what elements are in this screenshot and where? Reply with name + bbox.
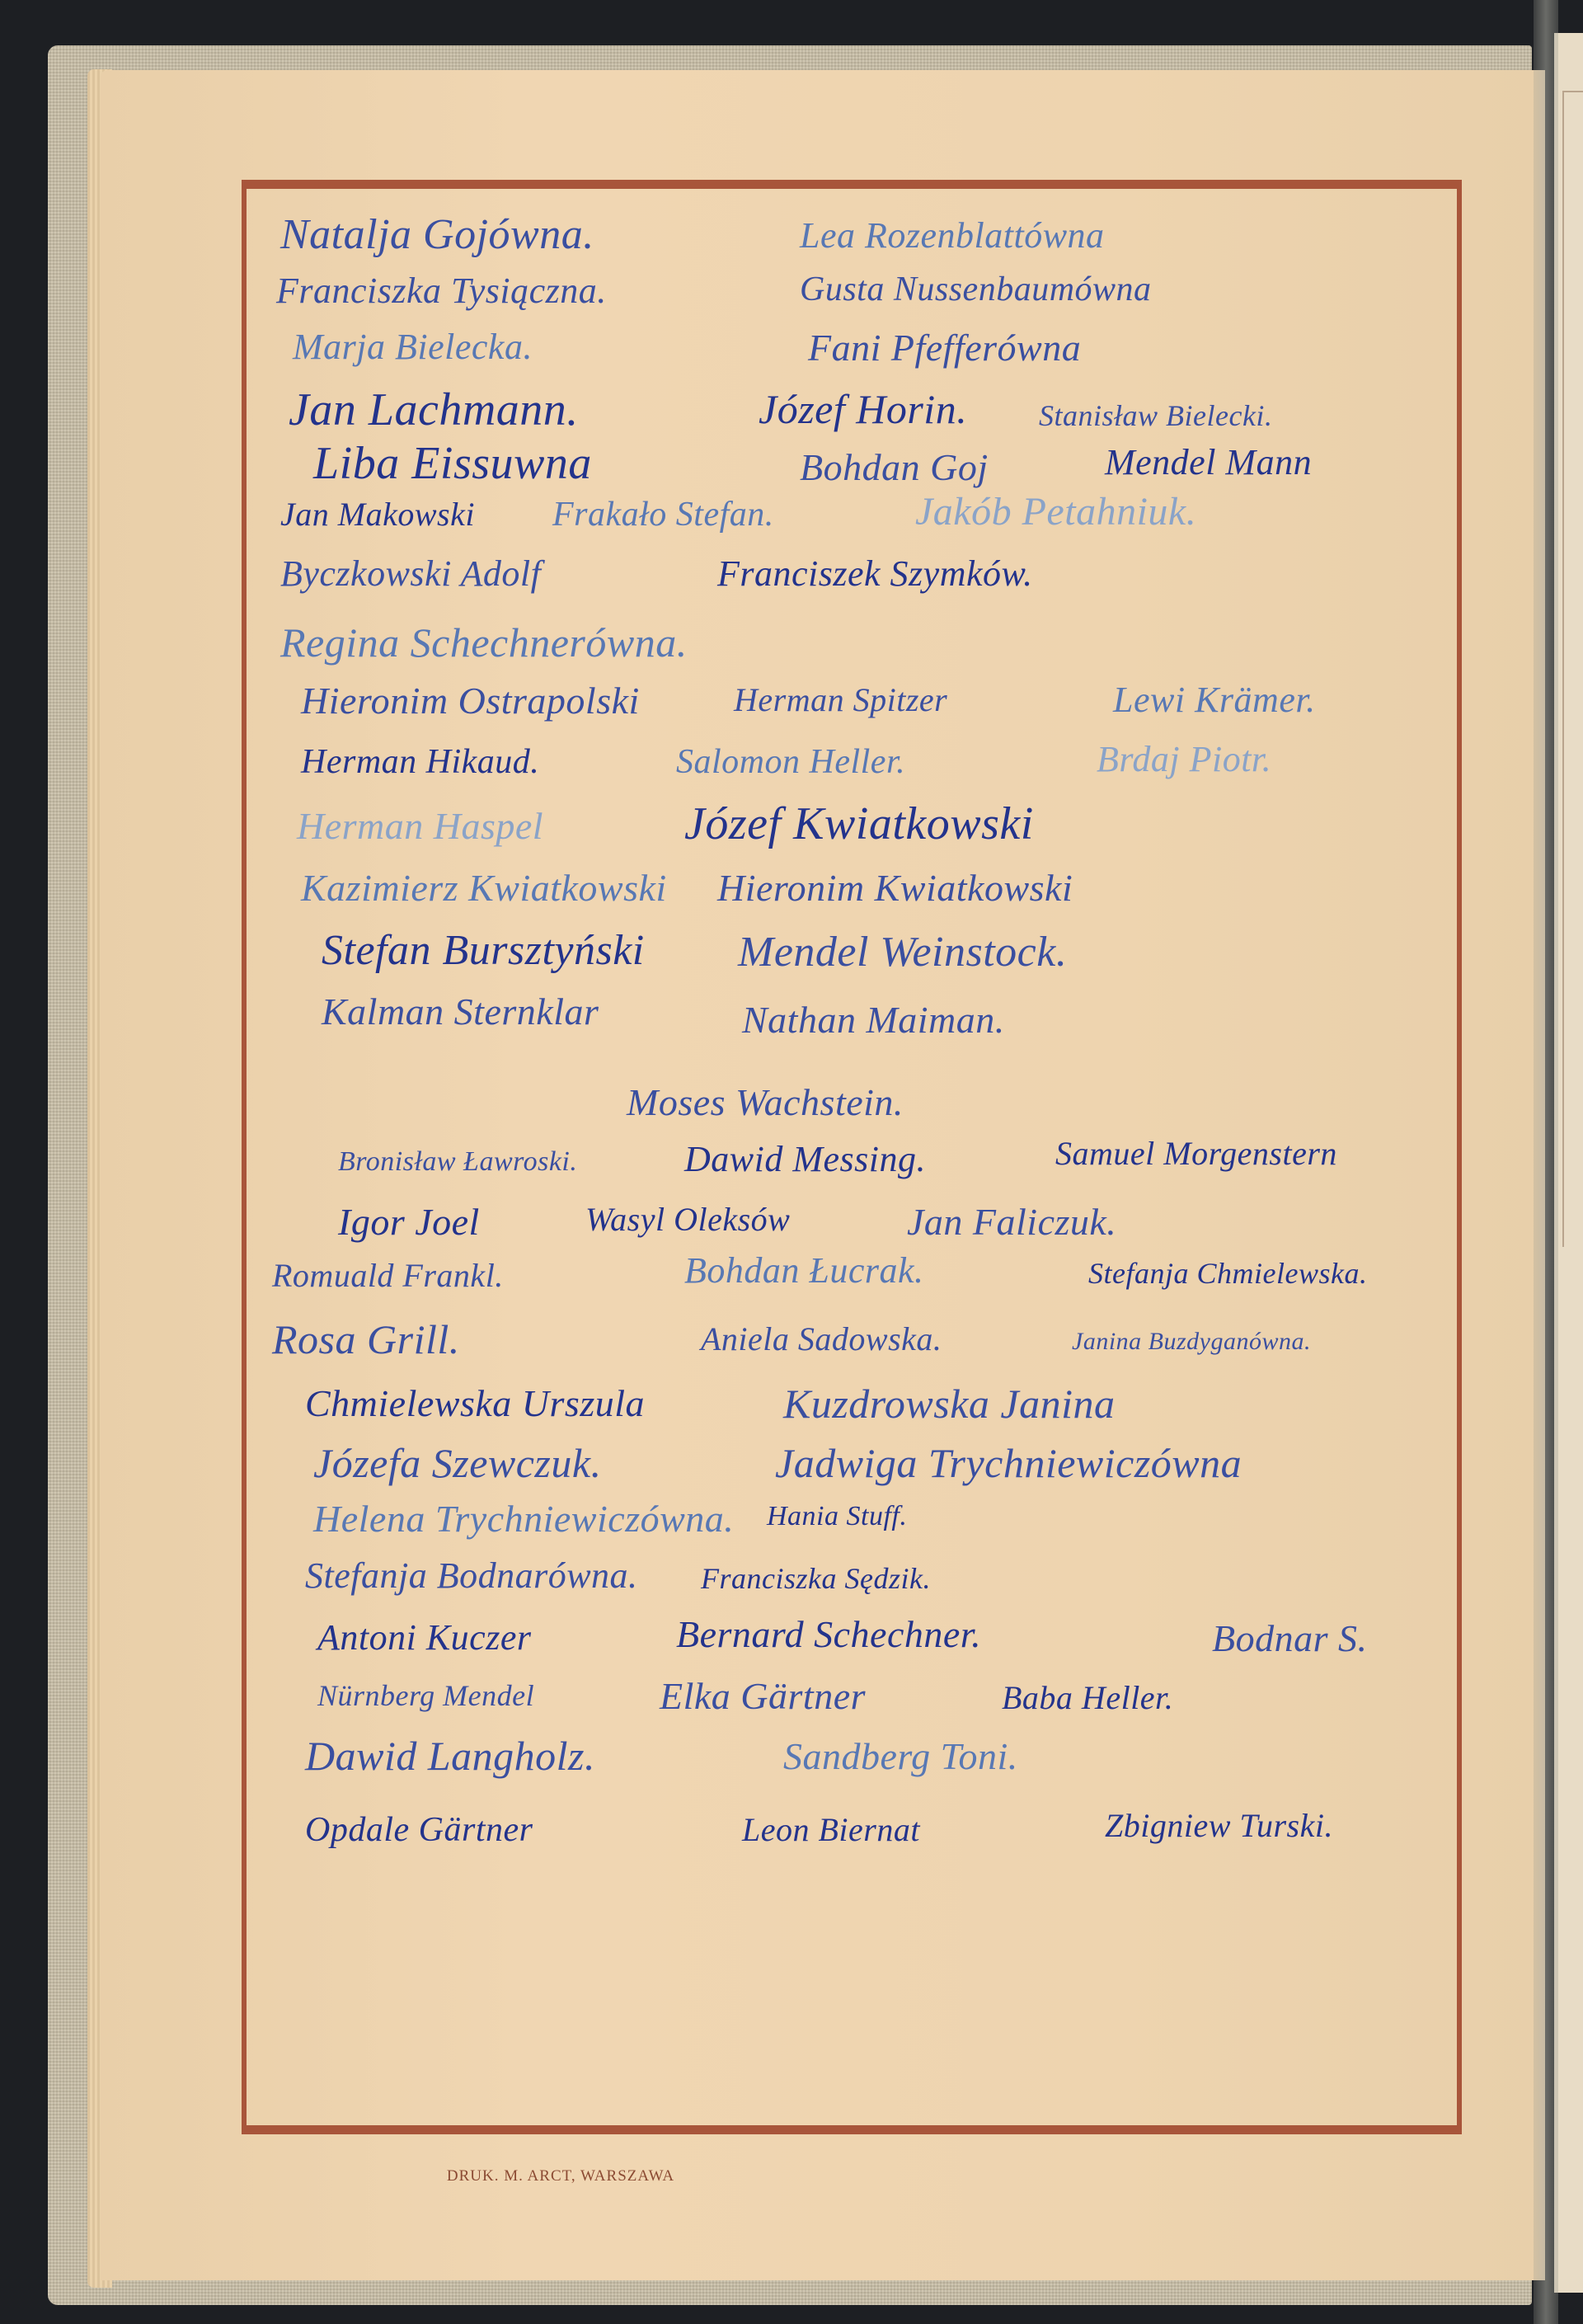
signature: Stanisław Bielecki. xyxy=(1039,398,1272,433)
signature: Franciszek Szymków. xyxy=(717,553,1033,595)
signature: Stefan Bursztyński xyxy=(322,926,645,975)
signature: Bohdan Łucrak. xyxy=(684,1249,924,1291)
signature: Jakób Petahniuk. xyxy=(915,489,1196,534)
signature: Moses Wachstein. xyxy=(627,1080,904,1124)
signature: Mendel Mann xyxy=(1105,441,1312,483)
signature: Jan Faliczuk. xyxy=(907,1200,1116,1244)
signature: Herman Spitzer xyxy=(734,680,947,719)
signature: Józefa Szewczuk. xyxy=(313,1439,602,1487)
signature: Lewi Krämer. xyxy=(1113,679,1316,721)
signature: Kalman Sternklar xyxy=(322,990,599,1033)
signature: Gusta Nussenbaumówna xyxy=(800,270,1152,309)
signature: Rosa Grill. xyxy=(272,1315,460,1363)
signature: Franciszka Tysiączna. xyxy=(276,270,607,312)
signature: Baba Heller. xyxy=(1002,1678,1173,1717)
signature: Opdale Gärtner xyxy=(305,1810,533,1850)
signature: Janina Buzdyganówna. xyxy=(1072,1328,1311,1356)
signature: Fani Pfefferówna xyxy=(808,326,1081,369)
signature: Józef Kwiatkowski xyxy=(684,797,1034,850)
signature: Leon Biernat xyxy=(742,1810,920,1849)
signature: Mendel Weinstock. xyxy=(738,928,1067,976)
signature: Jadwiga Trychniewiczówna xyxy=(775,1439,1242,1487)
signature: Jan Lachmann. xyxy=(289,383,579,436)
signature: Liba Eissuwna xyxy=(313,437,592,490)
signature: Chmielewska Urszula xyxy=(305,1381,645,1425)
signature: Elka Gärtner xyxy=(660,1674,866,1718)
signature: Kuzdrowska Janina xyxy=(783,1380,1116,1428)
signature: Franciszka Sędzik. xyxy=(701,1561,931,1596)
signature: Frakało Stefan. xyxy=(552,495,774,534)
signature: Herman Hikaud. xyxy=(301,742,539,782)
signature: Romuald Frankl. xyxy=(272,1256,504,1295)
signature: Hieronim Ostrapolski xyxy=(301,679,640,722)
signature: Stefanja Chmielewska. xyxy=(1088,1256,1367,1291)
signature: Dawid Messing. xyxy=(684,1138,926,1180)
signature: Bohdan Goj xyxy=(800,445,989,489)
signature: Lea Rozenblattówna xyxy=(800,214,1105,256)
signature: Marja Bielecka. xyxy=(293,326,533,368)
signature: Salomon Heller. xyxy=(676,742,905,782)
signature: Stefanja Bodnarówna. xyxy=(305,1555,638,1597)
signature: Jan Makowski xyxy=(280,495,475,534)
signature: Kazimierz Kwiatkowski xyxy=(301,866,667,910)
signature: Herman Haspel xyxy=(297,804,543,848)
signature: Samuel Morgenstern xyxy=(1055,1134,1337,1173)
signature: Józef Horin. xyxy=(759,385,967,433)
printer-imprint: DRUK. M. ARCT, WARSZAWA xyxy=(0,2167,1583,2185)
signature: Sandberg Toni. xyxy=(783,1734,1018,1778)
signature: Byczkowski Adolf xyxy=(280,553,541,595)
adjacent-page-decoration xyxy=(1562,91,1583,1247)
signature: Dawid Langholz. xyxy=(305,1732,595,1780)
signature: Zbigniew Turski. xyxy=(1105,1806,1333,1845)
signature: Antoni Kuczer xyxy=(317,1616,531,1658)
signature: Igor Joel xyxy=(338,1200,480,1244)
signature: Natalja Gojówna. xyxy=(280,210,594,259)
signature: Regina Schechnerówna. xyxy=(280,619,688,666)
signature: Bronisław Ławroski. xyxy=(338,1146,577,1178)
signature-list: Natalja Gojówna. Lea Rozenblattówna Fran… xyxy=(272,210,1459,2107)
signature: Nathan Maiman. xyxy=(742,998,1005,1042)
signature: Brdaj Piotr. xyxy=(1097,738,1271,780)
signature: Aniela Sadowska. xyxy=(701,1320,942,1358)
gutter-shadow xyxy=(1534,0,1558,2324)
signature: Nürnberg Mendel xyxy=(317,1678,534,1713)
signature: Bodnar S. xyxy=(1212,1616,1368,1660)
signature: Bernard Schechner. xyxy=(676,1612,981,1656)
signature: Helena Trychniewiczówna. xyxy=(313,1497,734,1541)
signature: Hieronim Kwiatkowski xyxy=(717,866,1073,910)
signature: Wasyl Oleksów xyxy=(585,1200,790,1239)
signature: Hania Stuff. xyxy=(767,1501,907,1532)
